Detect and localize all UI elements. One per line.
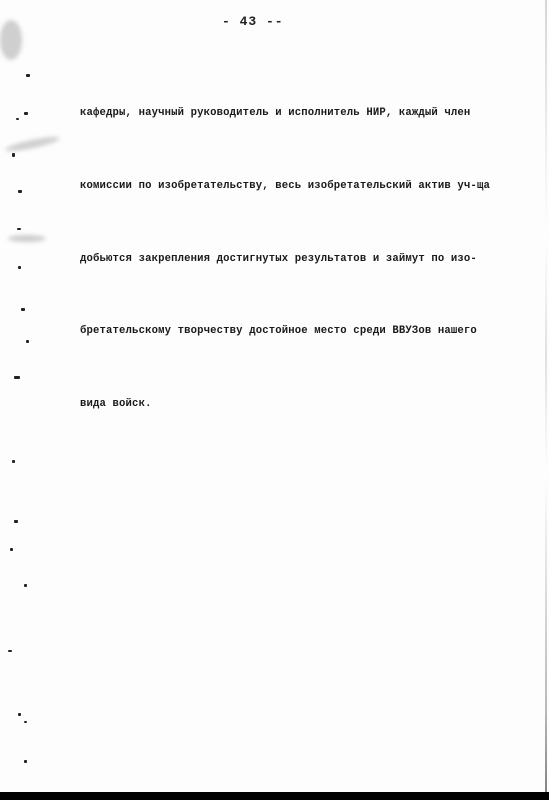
document-page: - 43 -- кафедры, научный руководитель и … — [0, 0, 549, 792]
scan-speck — [24, 112, 28, 115]
scan-edge — [545, 0, 547, 792]
text-line: добьются закрепления достигнутых результ… — [80, 247, 549, 271]
scan-smudge — [5, 134, 60, 153]
scan-smudge — [8, 235, 46, 242]
scan-speck — [24, 584, 27, 587]
text-line: вида войск. — [80, 392, 549, 416]
scan-speck — [18, 190, 22, 193]
scan-speck — [10, 548, 13, 551]
scan-smudge — [0, 20, 22, 60]
scan-speck — [12, 460, 15, 463]
scan-speck — [14, 376, 20, 379]
body-paragraph: кафедры, научный руководитель и исполнит… — [80, 53, 549, 464]
text-line: бретательскому творчеству достойное мест… — [80, 319, 549, 343]
scan-speck — [26, 340, 29, 343]
text-line: кафедры, научный руководитель и исполнит… — [80, 101, 549, 125]
scan-speck — [24, 721, 27, 723]
scan-speck — [26, 74, 30, 77]
scan-speck — [16, 118, 19, 120]
scan-speck — [14, 520, 18, 523]
scan-speck — [17, 228, 21, 230]
page-number: - 43 -- — [222, 14, 284, 29]
scan-bottom-border — [0, 792, 549, 800]
scan-speck — [8, 650, 12, 652]
scan-speck — [24, 760, 27, 763]
scan-speck — [18, 266, 21, 269]
text-line: комиссии по изобретательству, весь изобр… — [80, 174, 549, 198]
scan-speck — [18, 713, 21, 716]
scan-speck — [21, 308, 25, 311]
scan-speck — [12, 153, 15, 157]
